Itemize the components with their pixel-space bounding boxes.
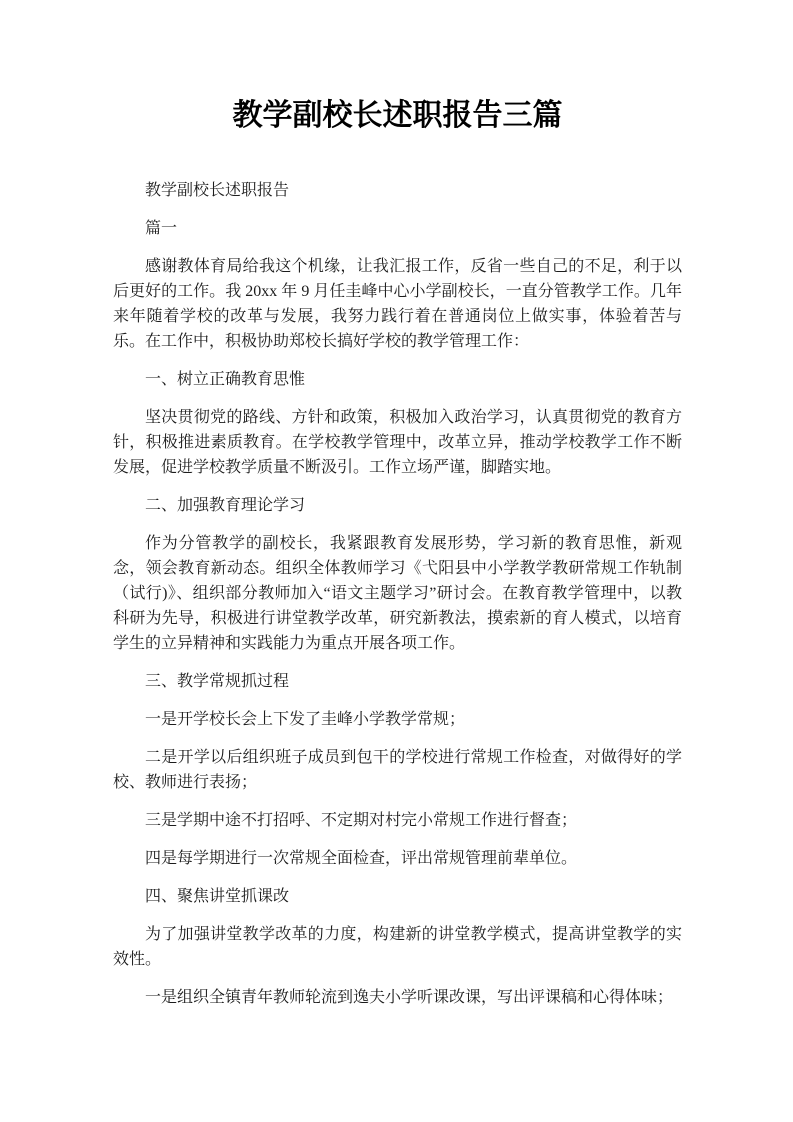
paragraph: 为了加强讲堂教学改革的力度，构建新的讲堂教学模式，提高讲堂教学的实效性。 bbox=[113, 922, 682, 972]
paragraph: 二是开学以后组织班子成员到包干的学校进行常规工作检查，对做得好的学校、教师进行表… bbox=[113, 745, 682, 795]
document-title: 教学副校长述职报告三篇 bbox=[113, 96, 682, 136]
paragraph-section-label: 篇一 bbox=[113, 216, 682, 241]
paragraph: 一是组织全镇青年教师轮流到逸夫小学听课改课，写出评课稿和心得体味； bbox=[113, 985, 682, 1010]
paragraph: 四是每学期进行一次常规全面检查，评出常规管理前辈单位。 bbox=[113, 846, 682, 871]
paragraph: 感谢教体育局给我这个机缘，让我汇报工作，反省一些自己的不足，利于以后更好的工作。… bbox=[113, 254, 682, 354]
paragraph-subtitle: 教学副校长述职报告 bbox=[113, 178, 682, 203]
paragraph: 作为分管教学的副校长，我紧跟教育发展形势，学习新的教育思惟，新观念，领会教育新动… bbox=[113, 531, 682, 656]
paragraph: 三是学期中途不打招呼、不定期对村完小常规工作进行督查； bbox=[113, 808, 682, 833]
paragraph: 坚决贯彻党的路线、方针和政策，积极加入政治学习，认真贯彻党的教育方针，积极推进素… bbox=[113, 405, 682, 480]
paragraph-heading-3: 三、教学常规抓过程 bbox=[113, 669, 682, 694]
document-page: 教学副校长述职报告三篇 教学副校长述职报告 篇一 感谢教体育局给我这个机缘，让我… bbox=[0, 0, 793, 1122]
paragraph-heading-2: 二、加强教育理论学习 bbox=[113, 493, 682, 518]
paragraph: 一是开学校长会上下发了圭峰小学教学常规； bbox=[113, 707, 682, 732]
paragraph-heading-4: 四、聚焦讲堂抓课改 bbox=[113, 884, 682, 909]
paragraph-heading-1: 一、树立正确教育思惟 bbox=[113, 367, 682, 392]
